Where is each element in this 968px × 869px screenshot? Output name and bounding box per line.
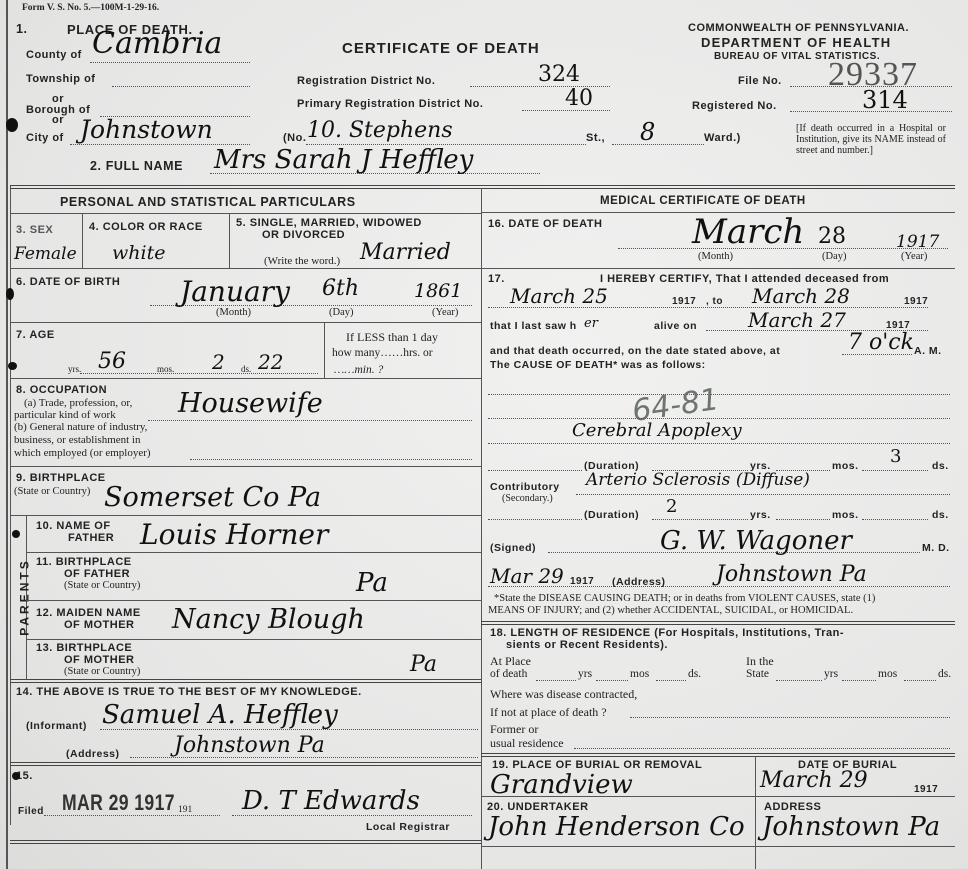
industry-field bbox=[190, 459, 472, 460]
death-certificate: Form V. S. No. 5.—100M-1-29-16. 1. PLACE… bbox=[0, 0, 968, 869]
secondary-label: (Secondary.) bbox=[502, 493, 553, 504]
death-month: March bbox=[692, 212, 804, 252]
occupation-a-label: (a) Trade, profession, or, bbox=[24, 397, 132, 409]
signed-date: Mar 29 bbox=[490, 564, 564, 588]
full-name-label: 2. FULL NAME bbox=[90, 159, 183, 173]
mos-label: mos. bbox=[157, 364, 174, 374]
registration-district-value: 324 bbox=[538, 62, 580, 87]
form-number: Form V. S. No. 5.—100M-1-29-16. bbox=[22, 3, 159, 13]
signed-year: 1917 bbox=[570, 576, 594, 587]
hours-field: how many……hrs. or bbox=[332, 347, 433, 359]
last-saw-label: that I last saw h bbox=[490, 320, 577, 332]
month-caption: (Month) bbox=[698, 251, 733, 262]
marital-label-1: 5. SINGLE, MARRIED, WIDOWED bbox=[236, 217, 422, 229]
attended-to: March 28 bbox=[752, 284, 850, 308]
father-label-2: FATHER bbox=[68, 532, 114, 544]
less-than-day-note: If LESS than 1 day bbox=[346, 330, 438, 345]
footnote-line-1: *State the DISEASE CAUSING DEATH; or in … bbox=[494, 593, 875, 604]
state-or-country-caption: (State or Country) bbox=[64, 666, 140, 677]
residence-heading-1: 18. LENGTH OF RESIDENCE (For Hospitals, … bbox=[490, 627, 844, 639]
father-birthplace-label: 11. BIRTHPLACE bbox=[36, 556, 132, 568]
mos-label: mos. bbox=[832, 509, 859, 521]
undertaker-name: John Henderson Co bbox=[488, 812, 745, 842]
mos-label: mos bbox=[630, 668, 649, 680]
contributory-cause: Arterio Sclerosis (Diffuse) bbox=[586, 470, 810, 490]
at-place-label-2: of death bbox=[490, 668, 527, 680]
ward-label: Ward.) bbox=[704, 132, 741, 144]
burial-date: March 29 bbox=[760, 768, 868, 793]
dob-year: 1861 bbox=[414, 280, 462, 302]
column-divider bbox=[481, 188, 482, 869]
dob-day: 6th bbox=[322, 276, 359, 301]
father-birthplace: Pa bbox=[356, 568, 388, 598]
father-label: 10. NAME OF bbox=[36, 520, 111, 532]
informant-address-label: (Address) bbox=[66, 748, 120, 760]
attended-from: March 25 bbox=[510, 284, 608, 308]
township-label: Township of bbox=[26, 73, 95, 85]
age-years: 56 bbox=[98, 349, 126, 374]
father-birthplace-label-2: OF FATHER bbox=[64, 568, 130, 580]
occupation-label: 8. OCCUPATION bbox=[16, 384, 107, 396]
or-text: or bbox=[52, 114, 64, 126]
occupation-b-label: (b) General nature of industry, bbox=[14, 421, 147, 433]
at-place-label: At Place bbox=[490, 654, 531, 669]
ds-label: ds. bbox=[938, 668, 951, 680]
age-days: 22 bbox=[258, 350, 283, 374]
registrar-signature: D. T Edwards bbox=[242, 786, 420, 816]
contracted-label: Where was disease contracted, bbox=[490, 687, 637, 702]
contracted-field bbox=[630, 717, 950, 718]
attended-from-year: 1917 bbox=[672, 296, 696, 307]
year-caption: (Year) bbox=[432, 307, 458, 318]
filed-year-suffix: 191 bbox=[178, 805, 192, 815]
mother-birthplace-label: 13. BIRTHPLACE bbox=[36, 642, 132, 654]
filed-label: Filed bbox=[18, 806, 44, 817]
primary-district-label: Primary Registration District No. bbox=[297, 98, 483, 110]
attended-to-year: 1917 bbox=[904, 296, 928, 307]
mos-label: mos bbox=[878, 668, 897, 680]
occupation-value: Housewife bbox=[178, 388, 323, 419]
contributory-label: Contributory bbox=[490, 481, 560, 493]
dob-month: January bbox=[180, 275, 290, 308]
month-caption: (Month) bbox=[216, 307, 251, 318]
sex-value: Female bbox=[14, 244, 77, 264]
ds-label: ds. bbox=[241, 364, 251, 374]
day-caption: (Day) bbox=[329, 307, 354, 318]
informant-label: (Informant) bbox=[26, 720, 87, 732]
ink-blot bbox=[6, 118, 18, 132]
parents-side-label: PARENTS bbox=[18, 558, 32, 635]
to-label: , to bbox=[706, 296, 723, 307]
physician-address-label: (Address) bbox=[612, 576, 666, 588]
dob-label: 6. DATE OF BIRTH bbox=[16, 276, 120, 288]
physician-signature: G. W. Wagoner bbox=[660, 526, 852, 556]
informant-heading: 14. THE ABOVE IS TRUE TO THE BEST OF MY … bbox=[16, 686, 362, 698]
residence-heading-2: sients or Recent Residents). bbox=[506, 639, 668, 651]
in-state-label-2: State bbox=[746, 668, 769, 680]
age-months: 2 bbox=[212, 350, 225, 374]
undertaker-address: Johnstown Pa bbox=[762, 812, 940, 842]
ward-value: 8 bbox=[640, 118, 655, 146]
former-residence-label: Former or bbox=[490, 722, 538, 737]
signed-label: (Signed) bbox=[490, 542, 536, 554]
alive-on-label: alive on bbox=[654, 320, 697, 332]
street-label: St., bbox=[586, 132, 605, 144]
mother-maiden-name: Nancy Blough bbox=[172, 604, 365, 635]
township-field bbox=[112, 86, 250, 87]
death-day: 28 bbox=[818, 224, 846, 249]
issuer-line-1: COMMONWEALTH OF PENNSYLVANIA. bbox=[688, 22, 909, 34]
sex-label: 3. SEX bbox=[16, 224, 53, 236]
ds-label: ds. bbox=[932, 509, 949, 521]
duration-label: (Duration) bbox=[584, 509, 639, 521]
in-state-label: In the bbox=[746, 654, 774, 669]
yrs-label: yrs. bbox=[750, 509, 771, 521]
personal-heading: PERSONAL AND STATISTICAL PARTICULARS bbox=[60, 195, 356, 209]
registered-number-value: 314 bbox=[862, 86, 908, 114]
issuer-line-2: DEPARTMENT OF HEALTH bbox=[701, 35, 891, 50]
last-saw-pronoun: er bbox=[584, 316, 598, 331]
medical-heading: MEDICAL CERTIFICATE OF DEATH bbox=[600, 195, 806, 207]
alive-on-date: March 27 bbox=[748, 308, 846, 332]
ink-blot bbox=[6, 288, 14, 300]
registration-district-label: Registration District No. bbox=[297, 75, 435, 87]
street-value: 10. Stephens bbox=[307, 118, 453, 143]
father-name: Louis Horner bbox=[140, 518, 328, 551]
hospital-note: [If death occurred in a Hospital or Inst… bbox=[796, 123, 946, 156]
yrs-label: yrs bbox=[824, 668, 838, 680]
year-caption: (Year) bbox=[901, 251, 927, 262]
state-or-country-caption: (State or Country) bbox=[64, 580, 140, 591]
inner-left-border bbox=[10, 185, 11, 825]
ds-label: ds. bbox=[688, 668, 701, 680]
footnote-line-2: MEANS OF INJURY; and (2) whether ACCIDEN… bbox=[488, 605, 853, 616]
mother-label-2: OF MOTHER bbox=[64, 619, 135, 631]
header-divider bbox=[10, 185, 955, 189]
birthplace-label: 9. BIRTHPLACE bbox=[16, 472, 106, 484]
state-or-country-caption: (State or Country) bbox=[14, 486, 90, 497]
certificate-title: CERTIFICATE OF DEATH bbox=[342, 40, 540, 57]
ink-blot bbox=[12, 772, 20, 780]
ink-blot bbox=[12, 530, 20, 538]
marital-value: Married bbox=[360, 240, 451, 265]
minutes-field: ……min. ? bbox=[334, 364, 383, 376]
death-year: 1917 bbox=[896, 232, 939, 252]
race-value: white bbox=[112, 242, 165, 264]
filed-date-stamp: MAR 29 1917 bbox=[62, 790, 175, 816]
race-label: 4. COLOR OR RACE bbox=[89, 221, 203, 233]
cause-duration-days: 3 bbox=[890, 446, 901, 467]
marital-label-2: OR DIVORCED bbox=[262, 229, 345, 241]
am-label: A. M. bbox=[914, 345, 942, 357]
county-value: Cambria bbox=[92, 26, 222, 61]
informant-name: Samuel A. Heffley bbox=[102, 700, 338, 730]
city-value: Johnstown bbox=[80, 115, 213, 144]
mother-label: 12. MAIDEN NAME bbox=[36, 607, 141, 619]
ink-blot bbox=[8, 362, 17, 370]
primary-district-value: 40 bbox=[565, 86, 593, 111]
cause-of-death: Cerebral Apoplexy bbox=[572, 420, 742, 441]
date-of-death-label: 16. DATE OF DEATH bbox=[488, 218, 602, 230]
section-1-number: 1. bbox=[16, 22, 28, 36]
mother-birthplace-label-2: OF MOTHER bbox=[64, 654, 135, 666]
registrar-label: Local Registrar bbox=[366, 821, 450, 833]
yrs-label: yrs bbox=[578, 668, 592, 680]
county-label: County of bbox=[26, 49, 82, 61]
contracted-label-2: If not at place of death ? bbox=[490, 705, 607, 720]
file-number-label: File No. bbox=[738, 75, 782, 87]
contributory-duration-years: 2 bbox=[666, 496, 677, 517]
full-name-value: Mrs Sarah J Heffley bbox=[214, 145, 473, 175]
death-time: 7 o'ck bbox=[848, 330, 914, 355]
ds-label: ds. bbox=[932, 460, 949, 472]
mother-birthplace: Pa bbox=[410, 652, 437, 677]
informant-address: Johnstown Pa bbox=[174, 733, 325, 758]
md-label: M. D. bbox=[922, 542, 950, 554]
occupation-a-label-2: particular kind of work bbox=[14, 409, 116, 421]
former-residence-field bbox=[574, 748, 950, 749]
occupation-b-label-3: which employed (or employer) bbox=[14, 447, 151, 459]
former-residence-label-2: usual residence bbox=[490, 736, 564, 751]
occupation-b-label-2: business, or establishment in bbox=[14, 434, 141, 446]
cause-of-death-label: The CAUSE OF DEATH* was as follows: bbox=[490, 359, 706, 371]
registered-number-label: Registered No. bbox=[692, 100, 777, 112]
burial-year: 1917 bbox=[914, 784, 938, 795]
age-label: 7. AGE bbox=[16, 329, 55, 341]
street-number-label: (No. bbox=[283, 132, 306, 144]
day-caption: (Day) bbox=[822, 251, 847, 262]
section-17-number: 17. bbox=[488, 273, 505, 285]
city-label: City of bbox=[26, 132, 64, 144]
marital-hint: (Write the word.) bbox=[264, 255, 340, 267]
physician-address: Johnstown Pa bbox=[716, 562, 867, 587]
mos-label: mos. bbox=[832, 460, 859, 472]
death-time-label: and that death occurred, on the date sta… bbox=[490, 345, 780, 357]
birthplace-value: Somerset Co Pa bbox=[104, 482, 321, 513]
